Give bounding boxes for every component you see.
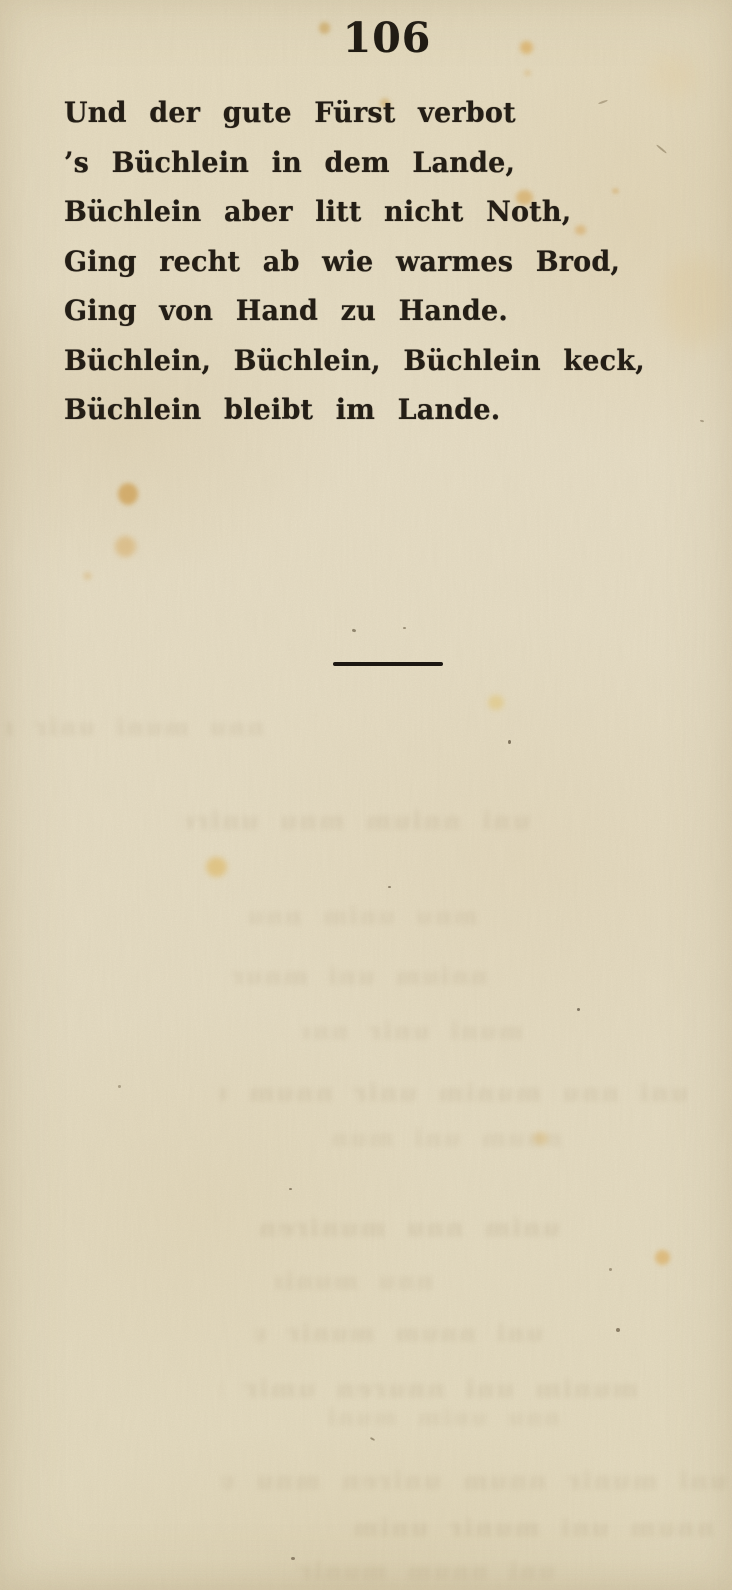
paper-stain [352, 628, 357, 632]
paper-stain [403, 627, 406, 629]
poem-line: ’s Büchlein in dem Lande, [64, 138, 680, 188]
show-through-line: nnu munim [275, 1268, 434, 1295]
paper-stain [370, 1437, 375, 1441]
show-through-line: nnum uni munir unim nn [335, 1513, 714, 1542]
show-through-line: nnium uni mnuren n [232, 963, 488, 990]
show-through-line: unim nnu muniren u [254, 1213, 560, 1242]
show-through-line: uni nnum munir un [255, 1320, 544, 1347]
poem-line: Büchlein bleibt im Lande. [64, 385, 680, 435]
paper-stain [388, 886, 391, 888]
show-through-line: nnum uni munir [330, 1125, 563, 1152]
poem-stanza: Und der gute Fürst verbot ’s Büchlein in… [64, 88, 680, 435]
page-number: 106 [0, 14, 732, 62]
show-through-line: mnu unim nnu muir [228, 903, 479, 930]
poem-line: Büchlein aber litt nicht Noth, [64, 187, 680, 237]
paper-stain [524, 70, 531, 76]
poem-line: Ging von Hand zu Hande. [64, 286, 680, 336]
paper-stain [609, 1268, 612, 1271]
paper-stain [700, 420, 704, 423]
paper-stain [206, 857, 227, 877]
poem-line: Büchlein, Büchlein, Büchlein keck, [64, 336, 680, 386]
show-through-line: munim uni nnuren umir nnu [219, 1374, 638, 1403]
paper-stain [577, 1008, 580, 1011]
paper-stain [291, 1557, 295, 1560]
paper-stain [289, 1188, 292, 1190]
show-through-line: nnu unim muni [315, 1405, 561, 1431]
paper-stain [616, 1328, 620, 1332]
show-through-line: muni unir nnum [303, 1018, 524, 1045]
paper-stain [655, 1250, 670, 1265]
show-through-line: uni nnu munim unir nnum uni mn [219, 1078, 688, 1107]
show-through-line: uni munir nnum uniren mnu unim nn [221, 1466, 727, 1495]
paper-stain [83, 572, 92, 580]
poem-line: Und der gute Fürst verbot [64, 88, 680, 138]
show-through-line: nnu muni unir nmu in [6, 714, 265, 741]
show-through-line: uni nnium mnu uniren nnu [184, 806, 530, 835]
paper-stain [488, 695, 504, 710]
paper-stain [115, 536, 136, 557]
poem-line: Ging recht ab wie warmes Brod, [64, 237, 680, 287]
scanned-book-page: nnu muni unir nmu inuni nnium mnu uniren… [0, 0, 732, 1590]
paper-stain [118, 1085, 121, 1088]
paper-stain [533, 1132, 548, 1145]
section-divider-rule [333, 662, 443, 666]
paper-stain [508, 740, 511, 744]
paper-stain [118, 483, 138, 505]
show-through-line: uni nnum munir [255, 1558, 556, 1585]
